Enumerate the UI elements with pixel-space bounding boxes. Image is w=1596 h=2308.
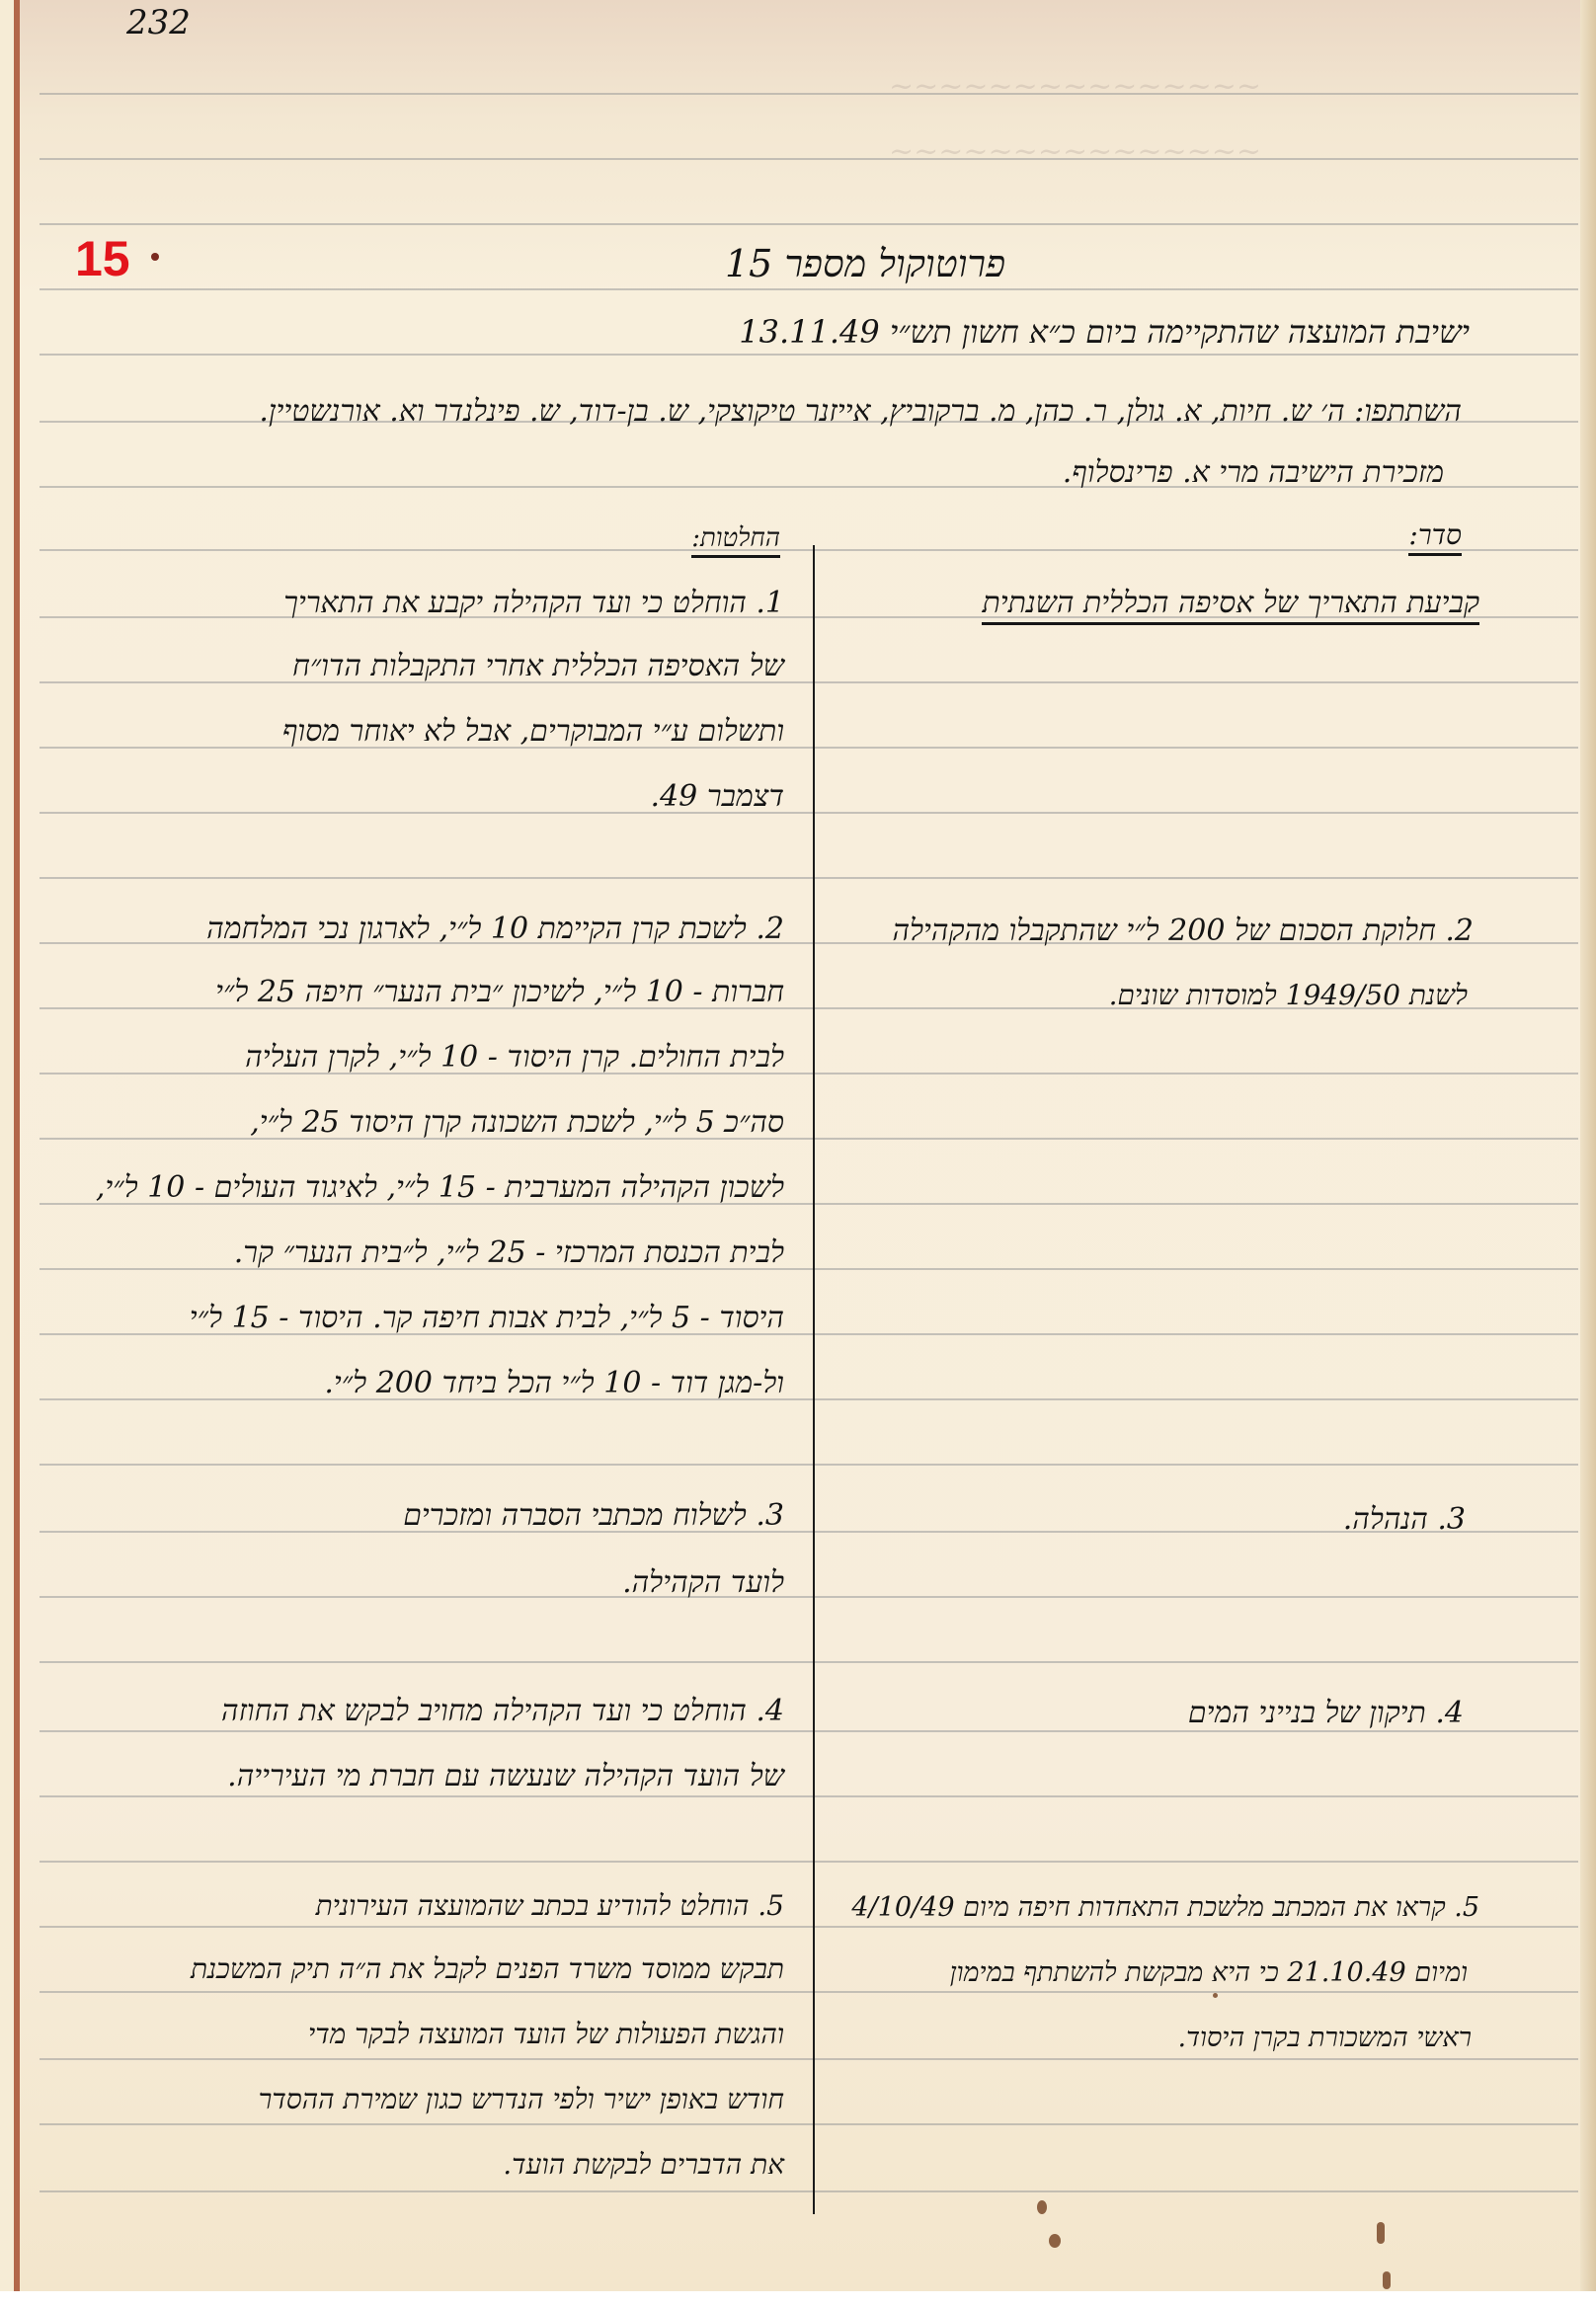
ruled-line [40,549,1578,551]
ruled-line [40,747,1578,749]
decision-2-line-6: לבית הכנסת המרכזי - 25 ל״י, ל״בית הנער״ … [234,1238,784,1268]
ink-stain [1377,2222,1385,2244]
protocol-title: פרוטוקול מספר 15 [725,245,1005,282]
ruled-line [40,2058,1578,2060]
attendees-line: השתתפו: ה׳ ש. חיות, א. גולן, ר. כהן, מ. … [259,397,1462,427]
agenda-item-3: 3. הנהלה. [1343,1505,1466,1535]
column-divider [813,545,815,2214]
agenda-item-5-line-2: ומיום 21.10.49 כי היא מבקשת להשתתף במימו… [950,1959,1468,1986]
ruled-line [40,93,1578,95]
ruled-line [40,1398,1578,1400]
decision-2-line-3: לבית החולים. קרן היסוד - 10 ל״י, לקרן הע… [245,1043,784,1073]
scan-border [0,2291,1596,2308]
decision-1-line-3: ותשלום ע״י המבוקרים, אבל לא יאוחר מסוף [282,717,784,747]
decision-2-line-2: חברות - 10 ל״י, לשיכון ״בית הנער״ חיפה 2… [215,978,784,1007]
decision-5-line-4: חודש באופן ישיר ולפי הנדרש כגון שמירת הה… [259,2086,784,2113]
page-edge [1580,0,1596,2291]
agenda-item-2-line-1: 2. חלוקת הסכום של 200 ל״י שהתקבלו מהקהיל… [892,916,1474,946]
ruled-line [40,1926,1578,1928]
stamp-number: 15 [75,230,130,287]
ruled-line [40,223,1578,225]
ruled-line [40,1464,1578,1466]
ink-stain [1213,1993,1218,1998]
ruled-line [40,354,1578,356]
bleed-through-text: ~~~~~~~~~~~~~~~ [889,134,1261,169]
agenda-item-5-line-3: ראשי המשכורת בקרן היסוד. [1178,2025,1472,2051]
decision-1-line-4: דצמבר 49. [651,782,784,812]
meeting-line: ישיבת המועצה שהתקיימה ביום כ״א חשון תש״י… [739,316,1470,348]
decision-2-line-8: ול-מגן דוד - 10 ל״י הכל ביחד 200 ל״י. [324,1369,784,1398]
ruled-line [40,1596,1578,1598]
ruled-line [40,812,1578,814]
decision-2-line-4: סה״כ 5 ל״י, לשכת השכונה קרן היסוד 25 ל״י… [250,1108,784,1138]
ruled-line [40,2123,1578,2125]
ruled-line [40,1795,1578,1797]
decision-5-line-1: 5. הוחלט להודיע בכתב שהמועצה העירונית [316,1892,784,1920]
decision-2-line-1: 2. לשכת קרן הקיימת 10 ל״י, לארגון נכי המ… [206,915,784,944]
ink-stain [1383,2271,1391,2289]
ruled-line [40,1661,1578,1663]
agenda-item-2-line-2: לשנת 1949/50 למוסדות שונים. [1109,982,1468,1009]
decision-4-line-2: של הועד הקהילה שנעשה עם חברת מי העירייה. [227,1762,784,1791]
decision-2-line-7: היסוד - 5 ל״י, לבית אבות חיפה קר. היסוד … [190,1304,784,1333]
ruled-line [40,1991,1578,1993]
ink-stain [1037,2200,1047,2214]
decision-1-line-1: 1. הוחלט כי ועד הקהילה יקבע את התאריך [283,589,784,618]
decision-5-line-3: והגשת הפעולות של הועד המועצה לבקר מדי [308,2021,784,2048]
decision-3-line-1: 3. לשלוח מכתבי הסברה ומזכרים [403,1501,784,1531]
ruled-line [40,1730,1578,1732]
ruled-line [40,288,1578,290]
ruled-line [40,877,1578,879]
decision-2-line-5: לשכון הקהילה המערבית - 15 ל״י, לאיגוד הע… [96,1173,784,1203]
decision-4-line-1: 4. הוחלט כי ועד הקהילה מחויב לבקש את החו… [221,1697,784,1726]
decisions-heading: החלטות: [691,525,780,558]
decision-5-line-5: את הדברים לבקשת הועד. [503,2151,784,2179]
agenda-item-1: קביעת התאריך של אסיפה הכללית השנתית [982,589,1479,625]
decision-3-line-2: לועד הקהילה. [622,1568,784,1598]
stamp-dot [151,253,159,261]
agenda-heading: סדר: [1408,521,1462,556]
decision-1-line-2: של האסיפה הכללית אחרי התקבלות הדו״ח [292,652,784,681]
agenda-item-5-line-1: 5. קראו את המכתב מלשכת התאחדות חיפה מיום… [851,1894,1479,1921]
agenda-item-4: 4. תיקון של בנייני המים [1188,1699,1464,1728]
ruled-line [40,1861,1578,1863]
decision-5-line-2: תבקש ממוסד משרד הפנים לקבל את ה״ה תיק המ… [191,1955,784,1983]
ruled-line [40,681,1578,683]
corner-page-number: 232 [126,6,191,40]
ruled-line [40,158,1578,160]
ruled-line [40,2190,1578,2192]
secretary-line: מזכירת הישיבה מרי א. פרינסלוף. [1063,458,1444,488]
bleed-through-text: ~~~~~~~~~~~~~~~ [889,69,1261,104]
ink-stain [1049,2234,1061,2248]
